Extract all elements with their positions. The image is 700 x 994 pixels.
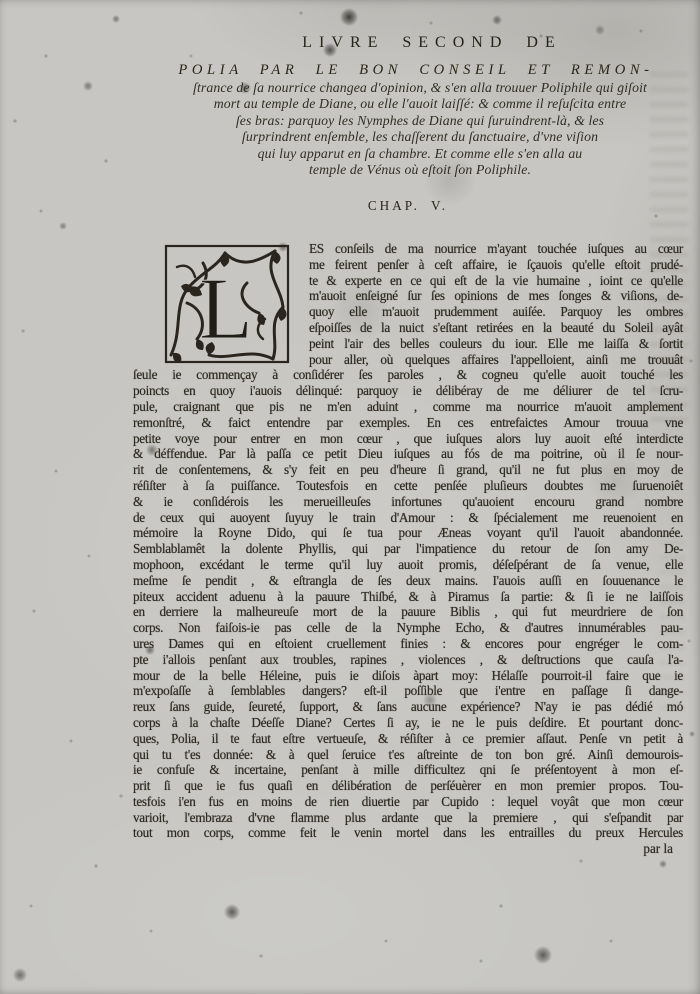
running-head: LIVRE SECOND DE xyxy=(157,34,700,52)
body-line: prit ſi que ie fus quaſi en délibération… xyxy=(133,778,683,794)
body-line: piteux accident aduenu à la pauure Thiſb… xyxy=(133,589,683,605)
body-line: Semblablamêt la dolente Phyllis, qui par… xyxy=(133,541,683,557)
argument-line: mort au temple de Diane, ou elle l'auoit… xyxy=(145,96,695,112)
body-line: en derriere la malheureuſe mort de la pa… xyxy=(133,604,683,620)
argument-title-line: POLIA PAR LE BON CONSEIL ET REMON- xyxy=(141,60,691,80)
body-line: varioit, l'embraza d'vne flamme plus ard… xyxy=(133,810,683,826)
foxing-spot xyxy=(534,946,552,964)
argument-line: qui luy apparut en ſa chambre. Et comme … xyxy=(145,146,695,162)
foxing-spot xyxy=(323,43,337,57)
body-line: qui tu t'es donnée: & à quel ſeruice t'e… xyxy=(133,747,683,763)
foxing-spot xyxy=(112,15,120,23)
body-line: ures Dames qui en eſtoient cruellement f… xyxy=(133,636,683,652)
body-line: & ie conſidérois les merueilleuſes infor… xyxy=(133,494,683,510)
body-line: mour de la belle Héleine, puis ie diſois… xyxy=(133,668,683,684)
body-line: mophoon, excédant le terme qu'il luy auo… xyxy=(133,557,683,573)
body-line: & déffendue. Par là paſſa ce petit Dieu … xyxy=(133,446,683,462)
body-line: pte i'allois penſant aux troubles, rapin… xyxy=(133,652,683,668)
body-line: ques, Polia, il te faut eſtre vertueuſe,… xyxy=(133,731,683,747)
argument-line: ſtrance de ſa nourrice changea d'opinion… xyxy=(145,80,695,96)
body-main-lines: ſeule ie commençay à conſidérer ſes paro… xyxy=(133,367,683,841)
argument-line: ſurprindrent enſemble, les chaſſerent du… xyxy=(145,129,695,145)
drop-cap-woodcut-initial: L xyxy=(163,243,291,365)
body-text: L ES conſeils de ma nourrice m'ayant tou… xyxy=(133,241,683,857)
body-line: pule, craignant que pis ne m'en aduint ,… xyxy=(133,399,683,415)
body-line: réſiſter à ſa puiſſance. Toutesfois en c… xyxy=(133,478,683,494)
foxing-spot xyxy=(59,222,67,230)
foxing-spot xyxy=(689,731,695,737)
body-line: rit de conſentemens, & s'y feit en peu d… xyxy=(133,462,683,478)
page-scan: LIVRE SECOND DE POLIA PAR LE BON CONSEIL… xyxy=(0,0,700,994)
body-line: corps. Non faiſois-ie pas celle de la Ny… xyxy=(133,620,683,636)
foxing-spot xyxy=(83,81,93,91)
body-line: reux ſans guide, ſeureté, ſupport, & ſan… xyxy=(133,699,683,715)
body-line: corps à la chaſte Déeſſe Diane? Certes ſ… xyxy=(133,715,683,731)
body-line: tesfois i'en fus en moins de rien diuert… xyxy=(133,794,683,810)
body-line: mémoire la Royne Dido, qui ſe tua pour Æ… xyxy=(133,525,683,541)
body-line: tout mon corps, comme feit le venin mort… xyxy=(133,825,683,841)
chapter-heading: CHAP. V. xyxy=(133,198,683,214)
drop-cap-letter: L xyxy=(199,261,253,358)
argument-line: ſes bras: parquoy les Nymphes de Diane q… xyxy=(145,113,695,129)
argument-lines: ſtrance de ſa nourrice changea d'opinion… xyxy=(133,80,683,178)
foxing-spot xyxy=(13,968,27,982)
body-line: poincts en quoy i'auois délinqué: parquo… xyxy=(133,383,683,399)
catchword: par la xyxy=(133,841,683,857)
argument-line: temple de Vénus où eſtoit ſon Poliphile. xyxy=(145,162,695,178)
body-line: ſeule ie commençay à conſidérer ſes paro… xyxy=(133,367,683,383)
foxing-spot xyxy=(492,15,502,25)
foxing-spot xyxy=(340,8,358,26)
paper-speckles xyxy=(0,0,2,2)
foxing-spot xyxy=(595,25,605,35)
foxing-spot xyxy=(659,860,667,868)
body-line: petite voye pour entrer en mon cœur , qu… xyxy=(133,431,683,447)
body-line: ie confuſe & incertaine, penſant à mille… xyxy=(133,762,683,778)
body-line: de ceux qui auoyent ſuyuy le train d'Amo… xyxy=(133,510,683,526)
body-line: remonſtré, & faict entendre par exemples… xyxy=(133,415,683,431)
body-line: m'expoſaſſe à ſemblables dangers? eſt-il… xyxy=(133,683,683,699)
chapter-argument: POLIA PAR LE BON CONSEIL ET REMON- ſtran… xyxy=(133,60,683,178)
foxing-spot xyxy=(224,904,240,920)
body-line: meſme ſe pendit , & eſtrangla de ſes deu… xyxy=(133,573,683,589)
